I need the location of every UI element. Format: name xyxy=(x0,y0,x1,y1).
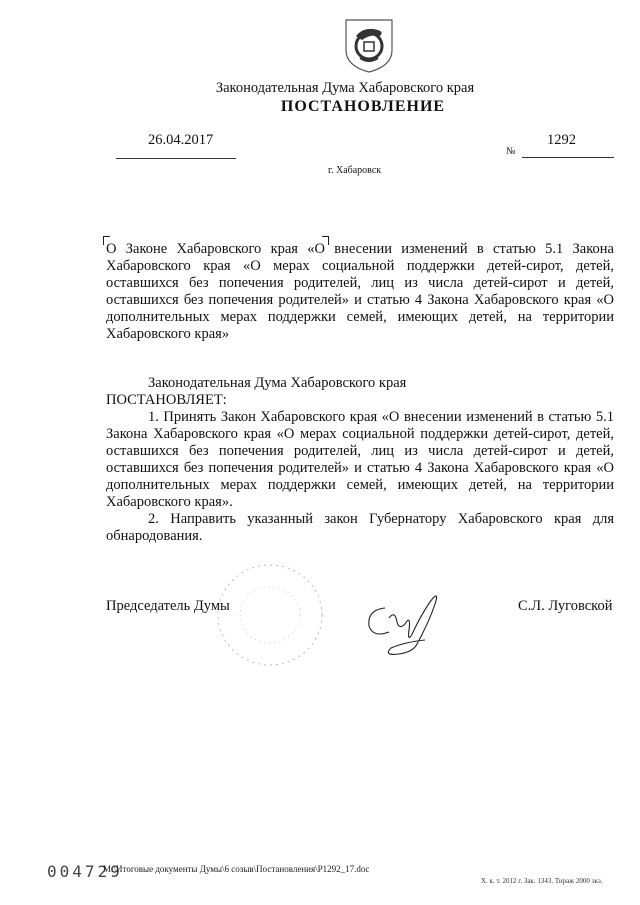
seal-stamp xyxy=(210,560,330,670)
handwritten-signature xyxy=(355,588,465,658)
body-item-2: 2. Направить указанный закон Губернатору… xyxy=(106,511,614,545)
document-type: ПОСТАНОВЛЕНИЕ xyxy=(0,98,640,116)
body-intro: Законодательная Дума Хабаровского края xyxy=(106,375,614,392)
body-item-1: 1. Принять Закон Хабаровского края «О вн… xyxy=(106,409,614,511)
document-date: 26.04.2017 xyxy=(148,132,213,149)
body-resolves: ПОСТАНОВЛЯЕТ: xyxy=(106,392,614,409)
document-body: Законодательная Дума Хабаровского края П… xyxy=(106,375,614,545)
title-text: О Законе Хабаровского края «О внесении и… xyxy=(106,241,614,343)
number-underline xyxy=(522,157,614,158)
organization-name: Законодательная Дума Хабаровского края xyxy=(0,80,640,97)
document-title: О Законе Хабаровского края «О внесении и… xyxy=(106,241,614,343)
coat-of-arms-emblem xyxy=(340,14,398,74)
signer-position: Председатель Думы xyxy=(106,598,230,615)
signer-name: С.Л. Луговской xyxy=(518,598,612,615)
file-path: М:\Итоговые документы Думы\6 созыв\Поста… xyxy=(103,864,369,874)
date-underline xyxy=(116,158,236,159)
document-city: г. Хабаровск xyxy=(328,165,381,176)
number-sign: № xyxy=(506,146,516,157)
document-number: 1292 xyxy=(547,132,576,149)
print-info: Х. к. т. 2012 г. Зак. 1343. Тираж 2000 э… xyxy=(481,877,602,885)
